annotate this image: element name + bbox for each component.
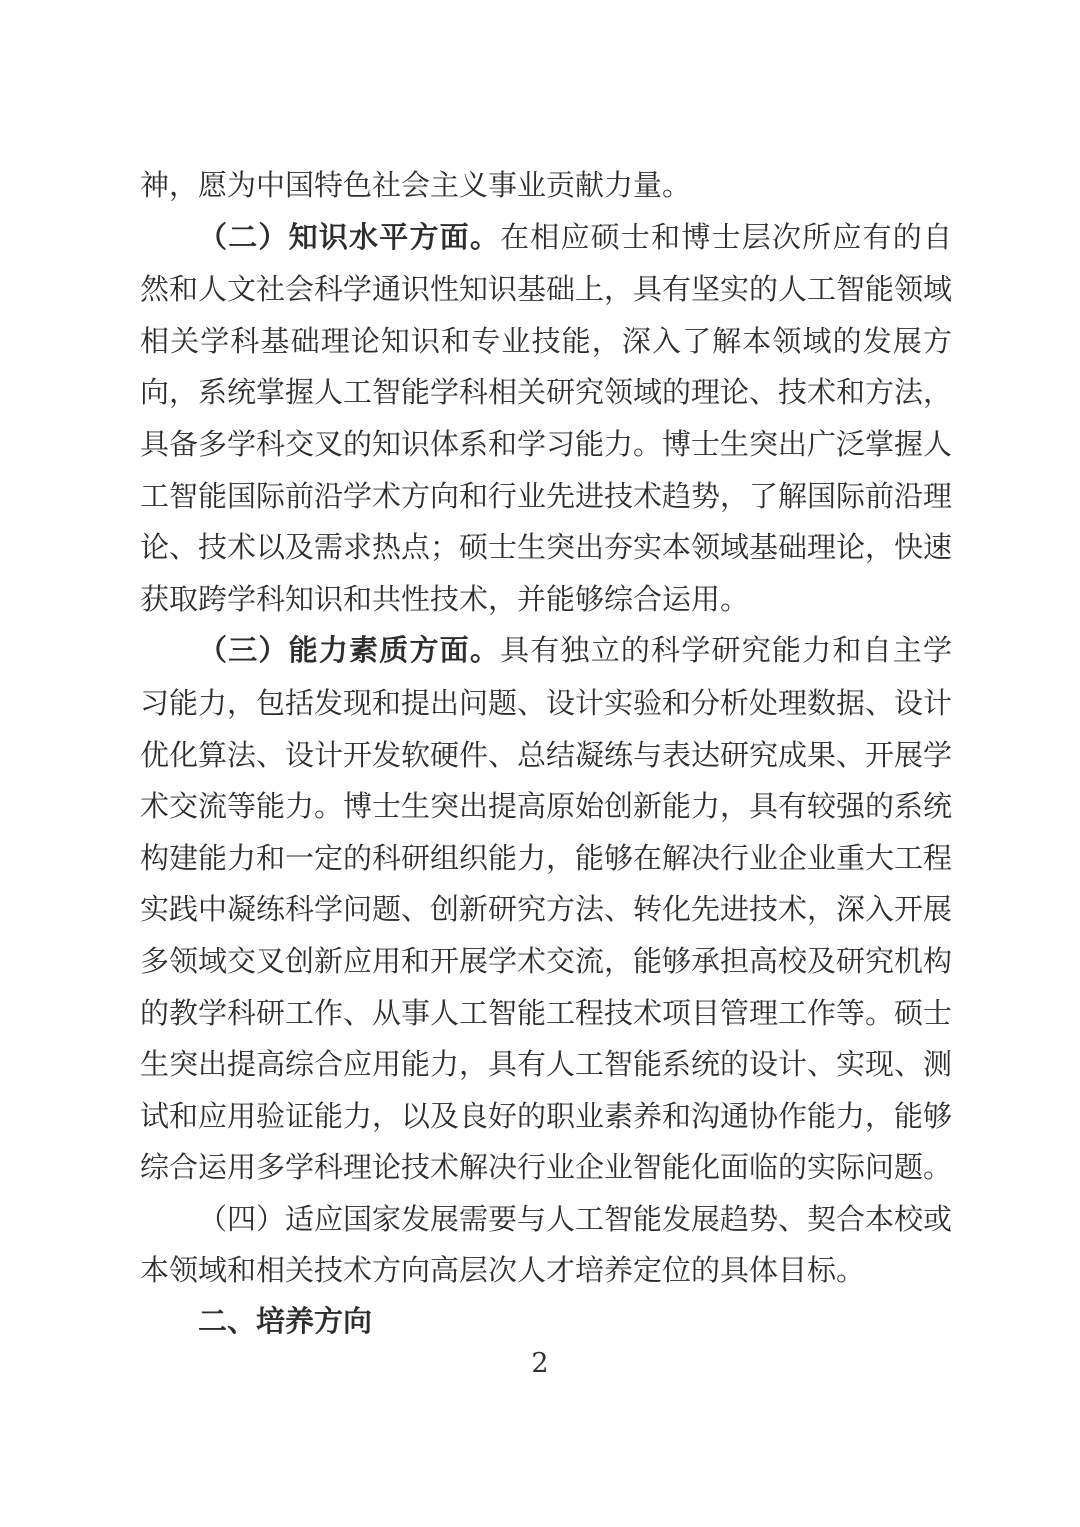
page-number: 2	[0, 1342, 1080, 1386]
document-body: 神，愿为中国特色社会主义事业贡献力量。 （二）知识水平方面。在相应硕士和博士层次…	[140, 160, 952, 1349]
section-heading: 二、培养方向	[140, 1297, 952, 1349]
paragraph-ability-quality: （三）能力素质方面。具有独立的科学研究能力和自主学习能力，包括发现和提出问题、设…	[140, 625, 952, 1194]
document-page: 神，愿为中国特色社会主义事业贡献力量。 （二）知识水平方面。在相应硕士和博士层次…	[0, 0, 1080, 1527]
paragraph-text: 具有独立的科学研究能力和自主学习能力，包括发现和提出问题、设计实验和分析处理数据…	[140, 633, 952, 1184]
paragraph-text: 在相应硕士和博士层次所应有的自然和人文社会科学通识性知识基础上，具有坚实的人工智…	[140, 220, 952, 616]
paragraph-text: 神，愿为中国特色社会主义事业贡献力量。	[140, 168, 691, 202]
paragraph-lead-bold: （三）能力素质方面。	[198, 635, 500, 667]
paragraph-text: （四）适应国家发展需要与人工智能发展趋势、契合本校或本领域和相关技术方向高层次人…	[140, 1202, 952, 1288]
paragraph-specific-goals: （四）适应国家发展需要与人工智能发展趋势、契合本校或本领域和相关技术方向高层次人…	[140, 1194, 952, 1297]
paragraph-continuation: 神，愿为中国特色社会主义事业贡献力量。	[140, 160, 952, 212]
paragraph-knowledge-level: （二）知识水平方面。在相应硕士和博士层次所应有的自然和人文社会科学通识性知识基础…	[140, 212, 952, 626]
paragraph-lead-bold: （二）知识水平方面。	[198, 222, 500, 254]
